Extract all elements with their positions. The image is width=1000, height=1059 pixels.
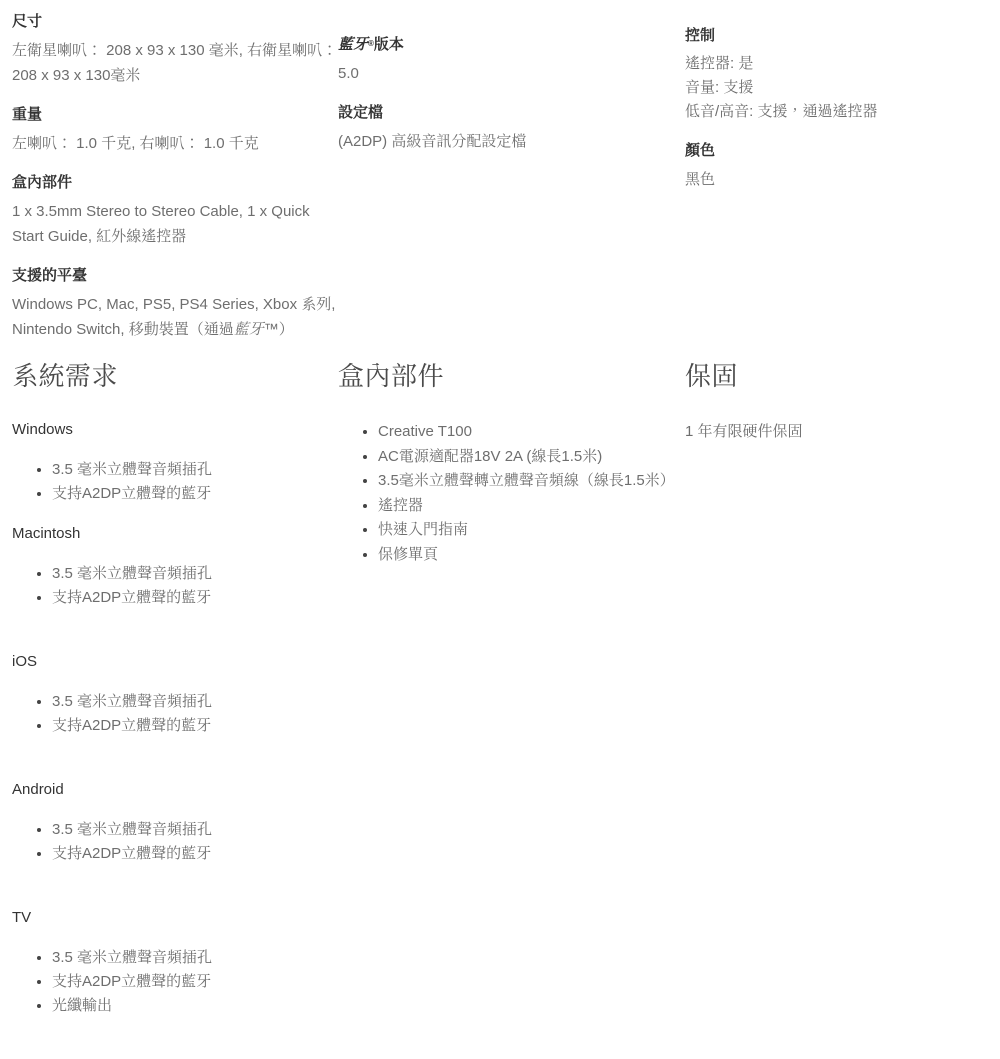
spec-package-contents: 盒內部件 1 x 3.5mm Stereo to Stereo Cable, 1… — [12, 173, 338, 249]
control-bass-treble-line: 低音/高音: 支援，通過遙控器 — [685, 100, 1000, 124]
package-contents-value: 1 x 3.5mm Stereo to Stereo Cable, 1 x Qu… — [12, 199, 338, 249]
bluetooth-version-value: 5.0 — [338, 61, 685, 86]
color-heading: 顏色 — [685, 141, 1000, 161]
list-item: 保修單頁 — [378, 543, 685, 568]
list-item: 支持A2DP立體聲的藍牙 — [52, 970, 338, 994]
profile-value: (A2DP) 高級音訊分配設定檔 — [338, 129, 685, 154]
platforms-text-end: ） — [279, 321, 294, 338]
spec-profile: 設定檔 (A2DP) 高級音訊分配設定檔 — [338, 103, 685, 154]
macintosh-requirements-list: 3.5 毫米立體聲音頻插孔 支持A2DP立體聲的藍牙 — [12, 562, 338, 610]
control-remote-line: 遙控器: 是 — [685, 52, 1000, 76]
android-requirements-list: 3.5 毫米立體聲音頻插孔 支持A2DP立體聲的藍牙 — [12, 818, 338, 866]
tv-label: TV — [12, 908, 338, 928]
control-volume-line: 音量: 支援 — [685, 76, 1000, 100]
ios-label: iOS — [12, 652, 338, 672]
spec-weight: 重量 左喇叭： 1.0 千克, 右喇叭： 1.0 千克 — [12, 105, 338, 156]
list-item: 3.5 毫米立體聲音頻插孔 — [52, 458, 338, 482]
android-label: Android — [12, 780, 338, 800]
warranty-value: 1 年有限硬件保固 — [685, 419, 1000, 444]
weight-value: 左喇叭： 1.0 千克, 右喇叭： 1.0 千克 — [12, 131, 338, 156]
color-value: 黑色 — [685, 167, 1000, 192]
list-item: 支持A2DP立體聲的藍牙 — [52, 842, 338, 866]
product-spec-page: 尺寸 左衛星喇叭： 208 x 93 x 130 毫米, 右衛星喇叭： 208 … — [0, 0, 1000, 1018]
list-item: 支持A2DP立體聲的藍牙 — [52, 586, 338, 610]
list-item: Creative T100 — [378, 420, 685, 445]
list-item: 支持A2DP立體聲的藍牙 — [52, 714, 338, 738]
windows-requirements-list: 3.5 毫米立體聲音頻插孔 支持A2DP立體聲的藍牙 — [12, 458, 338, 506]
dimensions-heading: 尺寸 — [12, 12, 338, 32]
registered-symbol: ® — [368, 39, 374, 48]
list-item: 3.5 毫米立體聲音頻插孔 — [52, 690, 338, 714]
macintosh-label: Macintosh — [12, 524, 338, 544]
list-item: 3.5 毫米立體聲音頻插孔 — [52, 946, 338, 970]
system-requirements-section: 系統需求 Windows 3.5 毫米立體聲音頻插孔 支持A2DP立體聲的藍牙 … — [12, 359, 338, 1018]
spec-supported-platforms: 支援的平臺 Windows PC, Mac, PS5, PS4 Series, … — [12, 266, 338, 342]
bluetooth-version-heading: 藍牙®版本 — [338, 35, 685, 55]
system-requirements-title: 系統需求 — [12, 359, 338, 393]
platforms-bluetooth-word: 藍牙 — [234, 321, 264, 338]
supported-platforms-value: Windows PC, Mac, PS5, PS4 Series, Xbox 系… — [12, 292, 338, 342]
spec-control: 控制 遙控器: 是 音量: 支援 低音/高音: 支援，通過遙控器 — [685, 26, 1000, 124]
requirements-android: Android 3.5 毫米立體聲音頻插孔 支持A2DP立體聲的藍牙 — [12, 780, 338, 866]
warranty-title: 保固 — [685, 359, 1000, 393]
requirements-windows: Windows 3.5 毫米立體聲音頻插孔 支持A2DP立體聲的藍牙 — [12, 420, 338, 506]
list-item: 支持A2DP立體聲的藍牙 — [52, 482, 338, 506]
list-item: 光纖輸出 — [52, 994, 338, 1018]
in-the-box-title: 盒內部件 — [338, 359, 685, 393]
spec-column-left: 尺寸 左衛星喇叭： 208 x 93 x 130 毫米, 右衛星喇叭： 208 … — [12, 12, 338, 359]
list-item: 快速入門指南 — [378, 518, 685, 543]
bluetooth-word: 藍牙 — [338, 36, 368, 53]
spec-bluetooth-version: 藍牙®版本 5.0 — [338, 35, 685, 86]
windows-label: Windows — [12, 420, 338, 440]
spec-column-right: 控制 遙控器: 是 音量: 支援 低音/高音: 支援，通過遙控器 顏色 黑色 — [685, 12, 1000, 209]
in-the-box-section: 盒內部件 Creative T100 AC電源適配器18V 2A (線長1.5米… — [338, 359, 685, 567]
tv-requirements-list: 3.5 毫米立體聲音頻插孔 支持A2DP立體聲的藍牙 光纖輸出 — [12, 946, 338, 1018]
list-item: 3.5 毫米立體聲音頻插孔 — [52, 562, 338, 586]
weight-heading: 重量 — [12, 105, 338, 125]
package-contents-heading: 盒內部件 — [12, 173, 338, 193]
supported-platforms-heading: 支援的平臺 — [12, 266, 338, 286]
requirements-ios: iOS 3.5 毫米立體聲音頻插孔 支持A2DP立體聲的藍牙 — [12, 652, 338, 738]
spec-dimensions: 尺寸 左衛星喇叭： 208 x 93 x 130 毫米, 右衛星喇叭： 208 … — [12, 12, 338, 88]
bottom-sections: 系統需求 Windows 3.5 毫米立體聲音頻插孔 支持A2DP立體聲的藍牙 … — [12, 359, 1000, 1018]
profile-heading: 設定檔 — [338, 103, 685, 123]
warranty-section: 保固 1 年有限硬件保固 — [685, 359, 1000, 444]
in-the-box-list: Creative T100 AC電源適配器18V 2A (線長1.5米) 3.5… — [338, 420, 685, 567]
list-item: 3.5毫米立體聲轉立體聲音頻線（線長1.5米） — [378, 469, 685, 494]
list-item: 3.5 毫米立體聲音頻插孔 — [52, 818, 338, 842]
trademark-symbol: ™ — [264, 321, 279, 338]
requirements-tv: TV 3.5 毫米立體聲音頻插孔 支持A2DP立體聲的藍牙 光纖輸出 — [12, 908, 338, 1018]
control-heading: 控制 — [685, 26, 1000, 46]
requirements-macintosh: Macintosh 3.5 毫米立體聲音頻插孔 支持A2DP立體聲的藍牙 — [12, 524, 338, 610]
version-word: 版本 — [374, 36, 404, 53]
list-item: AC電源適配器18V 2A (線長1.5米) — [378, 445, 685, 470]
spec-color: 顏色 黑色 — [685, 141, 1000, 192]
ios-requirements-list: 3.5 毫米立體聲音頻插孔 支持A2DP立體聲的藍牙 — [12, 690, 338, 738]
dimensions-value: 左衛星喇叭： 208 x 93 x 130 毫米, 右衛星喇叭： 208 x 9… — [12, 38, 338, 88]
spec-grid: 尺寸 左衛星喇叭： 208 x 93 x 130 毫米, 右衛星喇叭： 208 … — [12, 12, 1000, 359]
list-item: 遙控器 — [378, 494, 685, 519]
spec-column-middle: 藍牙®版本 5.0 設定檔 (A2DP) 高級音訊分配設定檔 — [338, 12, 685, 171]
